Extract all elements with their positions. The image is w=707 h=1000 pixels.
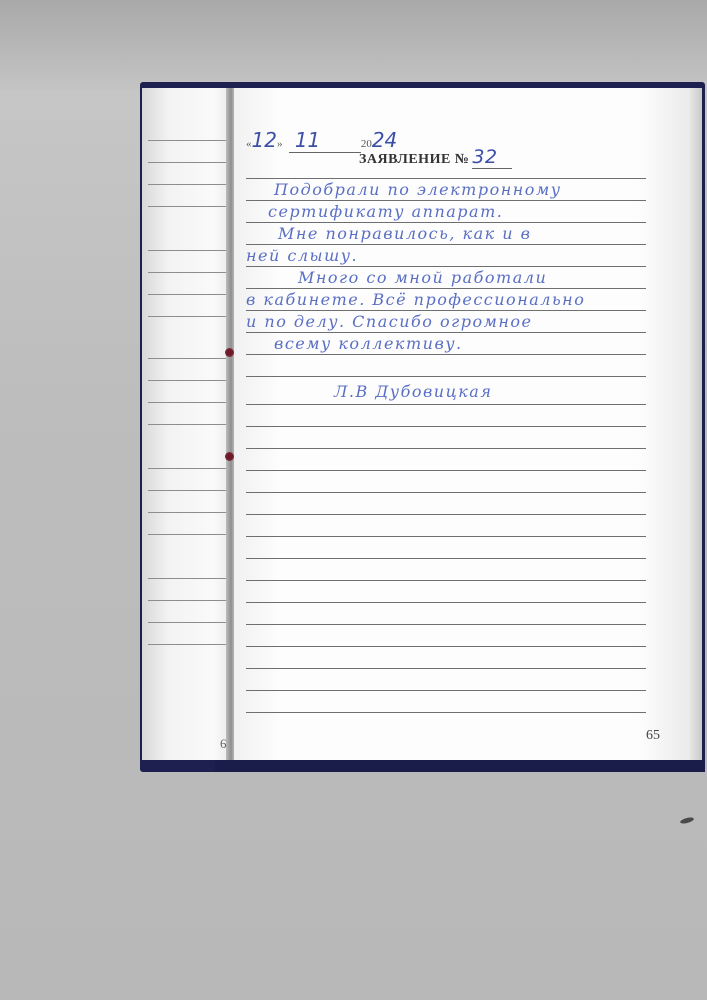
ruled-line — [148, 162, 228, 163]
ruled-line — [246, 376, 646, 377]
ruled-line — [148, 272, 228, 273]
ruled-line — [246, 222, 646, 223]
right-page: «12» 112024 ЗАЯВЛЕНИЕ №32 Подобрали по э… — [234, 88, 694, 760]
ruled-line — [148, 250, 228, 251]
ruled-line — [246, 448, 646, 449]
ruled-line — [148, 140, 228, 141]
ruled-line — [148, 424, 228, 425]
ruled-line — [148, 184, 228, 185]
date-day: 12 — [252, 128, 277, 152]
ruled-line — [246, 266, 646, 267]
date-month: 11 — [289, 128, 361, 153]
handwritten-line: всему коллективу. — [274, 334, 463, 353]
ruled-line — [246, 354, 646, 355]
ruled-line — [148, 512, 228, 513]
ruled-line — [246, 492, 646, 493]
ruled-line — [246, 646, 646, 647]
ruled-line — [148, 316, 228, 317]
handwritten-line: сертификату аппарат. — [268, 202, 503, 221]
ruled-line — [246, 426, 646, 427]
ruled-line — [148, 644, 228, 645]
ruled-line — [148, 622, 228, 623]
ruled-line — [148, 358, 228, 359]
scan-spot — [680, 816, 695, 824]
handwritten-line: и по делу. Спасибо огромное — [246, 312, 533, 331]
ruled-line — [246, 310, 646, 311]
ruled-line — [246, 514, 646, 515]
title-label: ЗАЯВЛЕНИЕ № — [359, 152, 469, 167]
ruled-line — [148, 490, 228, 491]
handwritten-line: Подобрали по электронному — [274, 180, 561, 199]
staple-mark — [225, 452, 234, 461]
ruled-line — [246, 470, 646, 471]
ruled-line — [148, 380, 228, 381]
statement-number: 32 — [472, 146, 512, 169]
ruled-line — [246, 332, 646, 333]
ruled-line — [148, 294, 228, 295]
ruled-line — [246, 712, 646, 713]
ruled-line — [148, 402, 228, 403]
ruled-line — [148, 600, 228, 601]
page-edge — [690, 88, 702, 760]
ruled-line — [246, 178, 646, 179]
ruled-line — [246, 690, 646, 691]
ruled-line — [246, 200, 646, 201]
handwritten-line: Мне понравилось, как и в — [278, 224, 531, 243]
ruled-line — [246, 580, 646, 581]
handwritten-line: в кабинете. Всё профессионально — [246, 290, 585, 309]
ruled-line — [148, 206, 228, 207]
ruled-line — [246, 244, 646, 245]
left-page: 64 — [142, 88, 232, 760]
ruled-line — [148, 534, 228, 535]
ruled-line — [246, 558, 646, 559]
scan-background — [0, 0, 707, 90]
journal-cover-bottom — [215, 760, 705, 772]
page-number-right: 65 — [646, 728, 660, 744]
ruled-line — [246, 668, 646, 669]
ruled-line — [246, 624, 646, 625]
ruled-line — [246, 602, 646, 603]
ruled-line — [148, 468, 228, 469]
ruled-line — [246, 536, 646, 537]
ruled-line — [148, 578, 228, 579]
statement-title: ЗАЯВЛЕНИЕ №32 — [359, 146, 512, 169]
signature: Л.В Дубовицкая — [334, 382, 492, 401]
ruled-line — [246, 288, 646, 289]
handwritten-line: Много со мной работали — [298, 268, 547, 287]
ruled-line — [246, 404, 646, 405]
staple-mark — [225, 348, 234, 357]
handwritten-line: ней слышу. — [246, 246, 358, 265]
